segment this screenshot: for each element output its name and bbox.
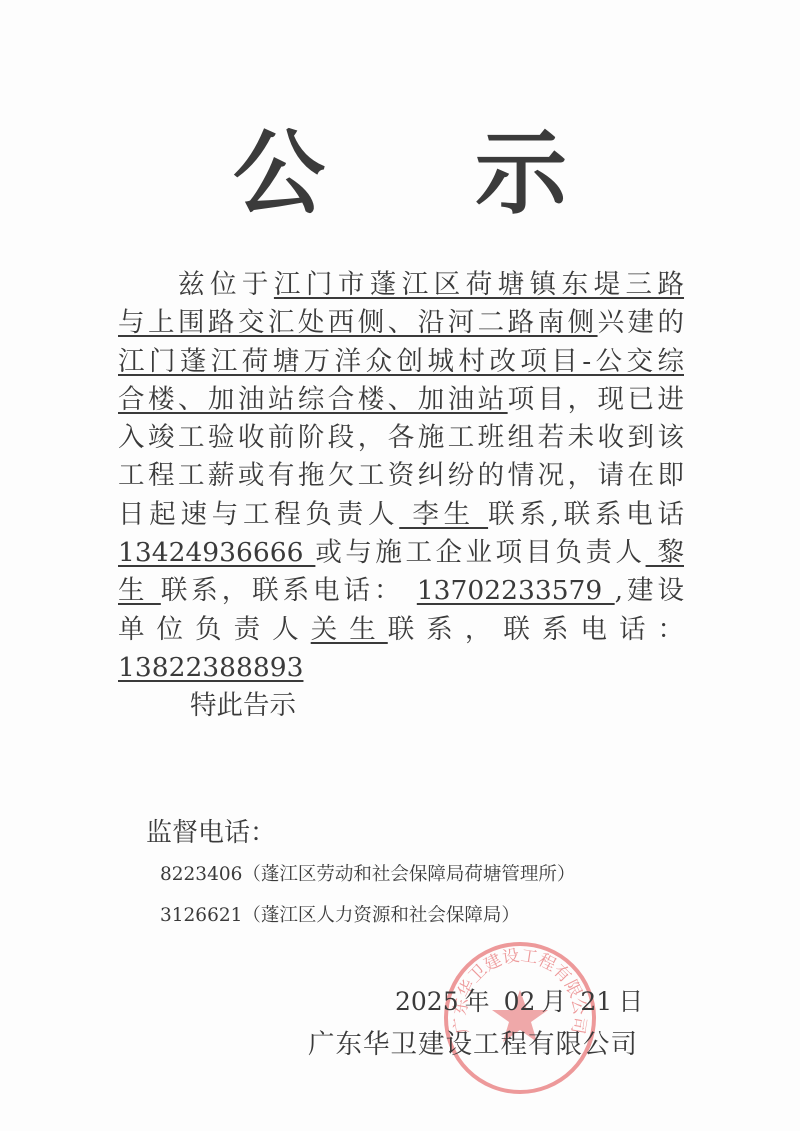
supervision-phone-2: 3126621（蓬江区人力资源和社会保障局） [160,901,520,927]
body-line: 工程工薪或有拖欠工资纠纷的情况，请在即 [118,457,684,495]
page-title: 公示 [0,100,800,232]
underlined-text: 江门市蓬江区荷塘镇东堤三路 [274,269,684,300]
body-line: 13822388893 [118,649,684,687]
body-text: 单位负责人 [118,614,311,645]
notice-body: 兹位于江门市蓬江区荷塘镇东堤三路与上围路交汇处西侧、沿河二路南侧兴建的江门蓬江荷… [118,266,684,726]
underlined-text: 江门蓬江荷塘万洋众创城村改项目-公交综 [118,346,684,377]
underlined-text: 与上围路交汇处西侧、沿河二路南侧 [118,307,598,338]
date-month-unit: 月 [541,987,566,1016]
body-text: 兴建的 [598,307,684,338]
date-day: 21 [580,987,612,1016]
underlined-text: 13424936666 [118,537,315,568]
body-text: 联系，联系电话： [388,614,684,645]
body-text: 联系，联系电话： [161,575,417,606]
underlined-text: 关生 [311,614,388,645]
date-year-unit: 年 [465,987,490,1016]
date-month: 02 [504,987,536,1016]
document-page: 公示 兹位于江门市蓬江区荷塘镇东堤三路与上围路交汇处西侧、沿河二路南侧兴建的江门… [0,0,800,1131]
body-text: 兹位于 [178,269,274,300]
body-text: 特此告示 [190,690,296,721]
supervision-label: 监督电话： [146,812,276,849]
underlined-text: 生 [118,575,161,606]
body-text: 工程工薪或有拖欠工资纠纷的情况，请在即 [118,460,684,491]
body-line: 兹位于江门市蓬江区荷塘镇东堤三路 [118,266,684,304]
body-line: 合楼、加油站综合楼、加油站项目，现已进 [118,381,684,419]
underlined-text: 李生 [399,499,488,530]
underlined-text: 13822388893 [118,652,303,683]
body-text: 入竣工验收前阶段，各施工班组若未收到该 [118,422,684,453]
underlined-text: 13702233579 [417,575,615,606]
body-line: 与上围路交汇处西侧、沿河二路南侧兴建的 [118,304,684,342]
body-text: 或与施工企业项目负责人 [315,537,645,568]
body-line: 单位负责人关生联系，联系电话： [118,611,684,649]
body-line: 日起速与工程负责人 李生 联系,联系电话 [118,496,684,534]
body-text: 联系,联系电话 [488,499,684,530]
body-line: 江门蓬江荷塘万洋众创城村改项目-公交综 [118,343,684,381]
body-line: 13424936666 或与施工企业项目负责人 黎 [118,534,684,572]
supervision-phone-1: 8223406（蓬江区劳动和社会保障局荷塘管理所） [160,860,575,886]
date-year: 2025 [395,987,459,1016]
title-char-1: 公 [233,100,325,232]
date-day-unit: 日 [618,987,643,1016]
title-char-2: 示 [475,100,567,232]
body-text: 日起速与工程负责人 [118,499,399,530]
body-line: 生 联系，联系电话： 13702233579 ,建设 [118,572,684,610]
body-text: 项目，现已进 [508,384,684,415]
body-line: 特此告示 [118,687,684,725]
body-line: 入竣工验收前阶段，各施工班组若未收到该 [118,419,684,457]
company-seal-icon: 广东华卫建设工程有限公司 [440,938,600,1098]
underlined-text: 合楼、加油站综合楼、加油站 [118,384,508,415]
body-text: ,建设 [615,575,684,606]
company-name: 广东华卫建设工程有限公司 [308,1022,638,1061]
underlined-text: 黎 [646,537,684,568]
signature-date: 2025年 02月 21日 [395,982,649,1018]
